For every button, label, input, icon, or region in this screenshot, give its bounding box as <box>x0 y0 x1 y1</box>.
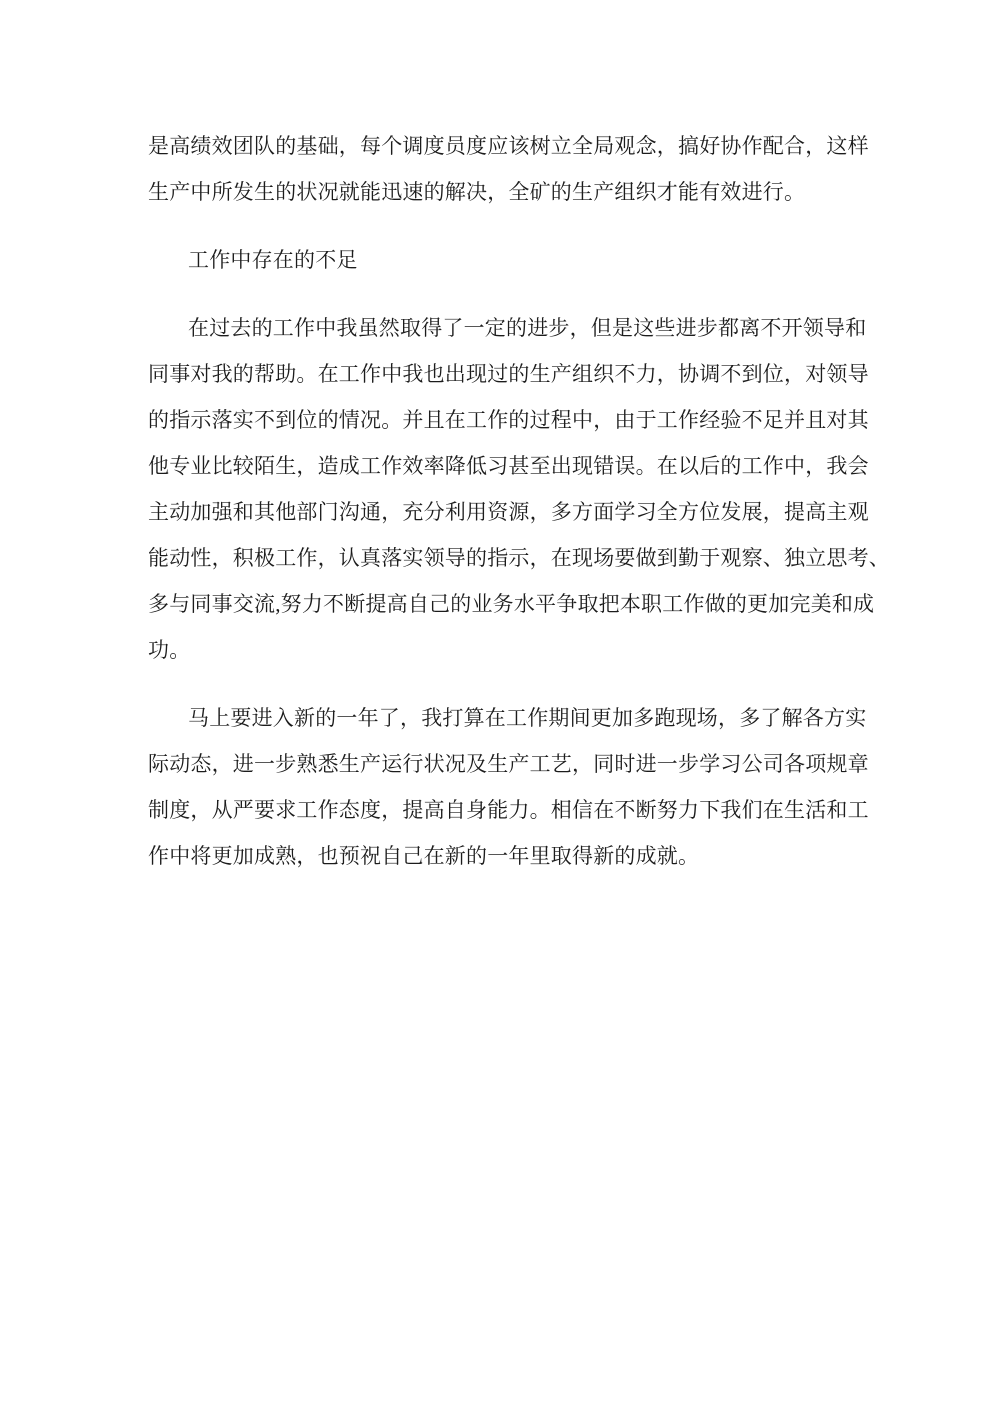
text-line: 功。 <box>148 627 881 673</box>
text-line: 能动性，积极工作，认真落实领导的指示，在现场要做到勤于观察、独立思考、 <box>148 535 881 581</box>
text-line: 他专业比较陌生，造成工作效率降低习甚至出现错误。在以后的工作中，我会 <box>148 443 881 489</box>
paragraph-new-year-plan: 马上要进入新的一年了，我打算在工作期间更加多跑现场，多了解各方实 际动态，进一步… <box>148 695 881 879</box>
paragraph-continuation: 是高绩效团队的基础，每个调度员度应该树立全局观念，搞好协作配合，这样 生产中所发… <box>148 123 881 215</box>
text-line: 际动态，进一步熟悉生产运行状况及生产工艺，同时进一步学习公司各项规章 <box>148 741 881 787</box>
text-line: 主动加强和其他部门沟通，充分利用资源，多方面学习全方位发展，提高主观 <box>148 489 881 535</box>
text-line: 在过去的工作中我虽然取得了一定的进步，但是这些进步都离不开领导和 <box>148 305 881 351</box>
text-line: 制度，从严要求工作态度，提高自身能力。相信在不断努力下我们在生活和工 <box>148 787 881 833</box>
text-line: 作中将更加成熟，也预祝自己在新的一年里取得新的成就。 <box>148 833 881 879</box>
section-heading: 工作中存在的不足 <box>148 237 881 283</box>
text-line: 马上要进入新的一年了，我打算在工作期间更加多跑现场，多了解各方实 <box>148 695 881 741</box>
document-body: 是高绩效团队的基础，每个调度员度应该树立全局观念，搞好协作配合，这样 生产中所发… <box>148 123 881 901</box>
document-page: 是高绩效团队的基础，每个调度员度应该树立全局观念，搞好协作配合，这样 生产中所发… <box>0 0 1000 1415</box>
text-line: 同事对我的帮助。在工作中我也出现过的生产组织不力，协调不到位，对领导 <box>148 351 881 397</box>
heading-line: 工作中存在的不足 <box>148 237 881 283</box>
paragraph-shortcomings: 在过去的工作中我虽然取得了一定的进步，但是这些进步都离不开领导和 同事对我的帮助… <box>148 305 881 673</box>
text-line: 的指示落实不到位的情况。并且在工作的过程中，由于工作经验不足并且对其 <box>148 397 881 443</box>
text-line: 多与同事交流,努力不断提高自己的业务水平争取把本职工作做的更加完美和成 <box>148 581 881 627</box>
text-line: 生产中所发生的状况就能迅速的解决，全矿的生产组织才能有效进行。 <box>148 169 881 215</box>
text-line: 是高绩效团队的基础，每个调度员度应该树立全局观念，搞好协作配合，这样 <box>148 123 881 169</box>
